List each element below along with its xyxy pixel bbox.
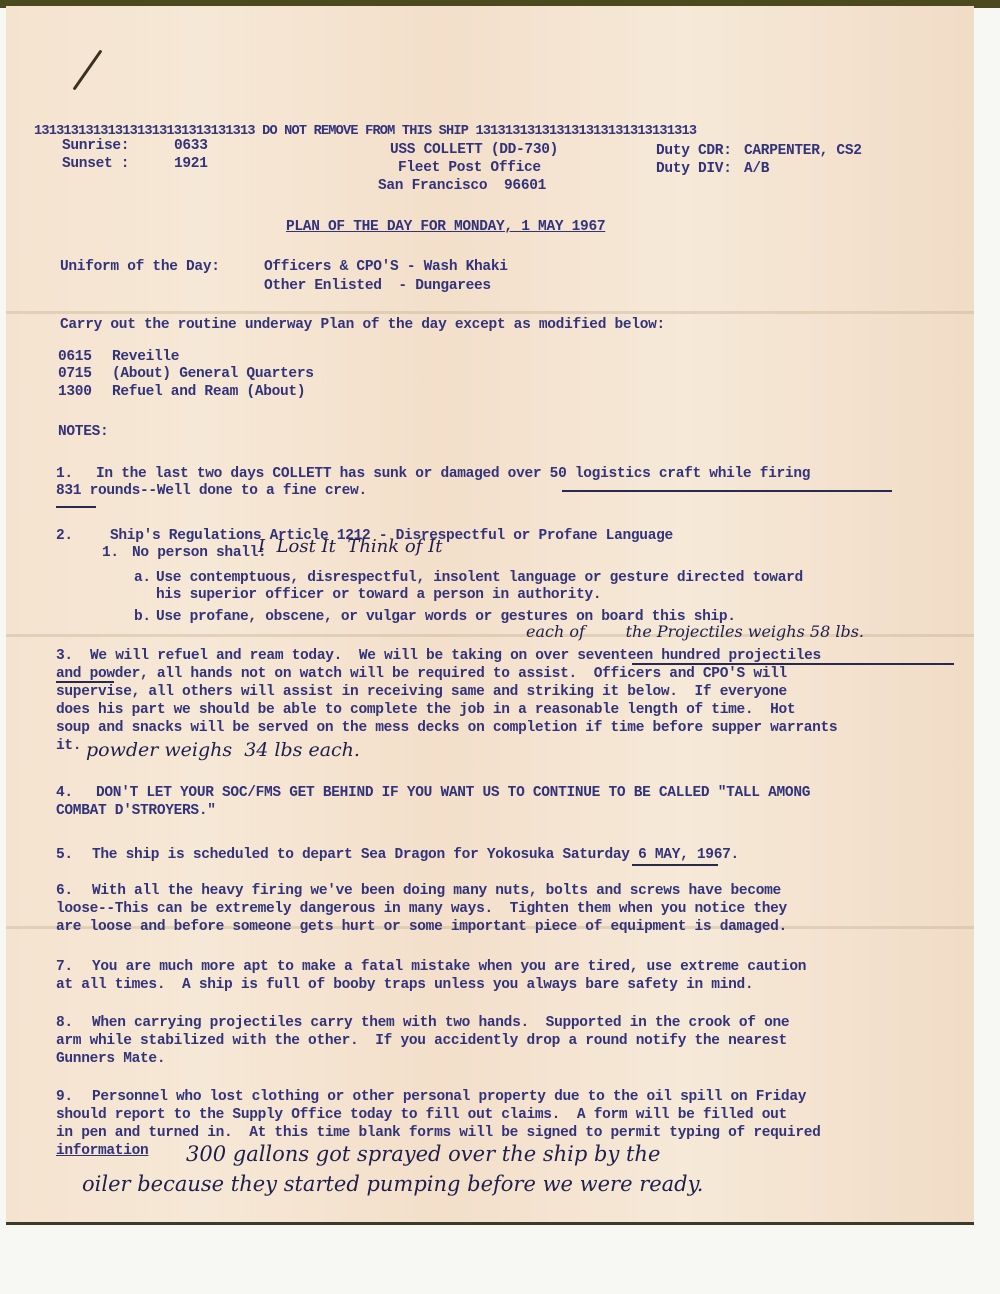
note-line: In the last two days COLLETT has sunk or… [96, 466, 810, 483]
schedule-time: 1300 [58, 384, 92, 401]
handwritten-note: oiler because they started pumping befor… [82, 1172, 703, 1196]
notes-label: NOTES: [58, 424, 108, 441]
underline [632, 864, 718, 866]
note-line: supervise, all others will assist in rec… [56, 684, 787, 701]
note-number: 8. [56, 1015, 73, 1032]
note-line: in pen and turned in. At this time blank… [56, 1125, 821, 1142]
sunset-label: Sunset : [62, 156, 129, 173]
schedule-time: 0615 [58, 349, 92, 366]
underline [56, 506, 96, 508]
sunrise-value: 0633 [174, 138, 208, 155]
pen-mark [73, 49, 103, 90]
note-line: it. [56, 738, 81, 755]
sunset-value: 1921 [174, 156, 208, 173]
duty-cdr-label: Duty CDR: [656, 143, 732, 160]
duty-cdr-value: CARPENTER, CS2 [744, 143, 862, 160]
note-line: loose--This can be extremely dangerous i… [56, 901, 787, 918]
underline [632, 663, 954, 665]
note-line: Gunners Mate. [56, 1051, 165, 1068]
note-number: 3. [56, 648, 73, 665]
note-line: DON'T LET YOUR SOC/FMS GET BEHIND IF YOU… [96, 785, 810, 802]
uniform-label: Uniform of the Day: [60, 259, 220, 276]
note-line: soup and snacks will be served on the me… [56, 720, 837, 737]
note-number: 2. [56, 528, 73, 545]
note-line: are loose and before someone gets hurt o… [56, 919, 787, 936]
item-line: his superior officer or toward a person … [156, 587, 601, 604]
uniform-officers: Officers & CPO'S - Wash Khaki [264, 259, 508, 276]
note-number: 5. [56, 847, 73, 864]
note-line: You are much more apt to make a fatal mi… [92, 959, 806, 976]
sunrise-label: Sunrise: [62, 138, 129, 155]
intro-text: Carry out the routine underway Plan of t… [60, 317, 665, 334]
duty-div-value: A/B [744, 161, 769, 178]
note-line: With all the heavy firing we've been doi… [92, 883, 781, 900]
note-number: 4. [56, 785, 73, 802]
schedule-event: Refuel and Ream (About) [112, 384, 305, 401]
note-line: information [56, 1143, 148, 1160]
document-page: 131313131313131313131313131313 DO NOT RE… [6, 6, 974, 1222]
note-number: 6. [56, 883, 73, 900]
schedule-event: (About) General Quarters [112, 366, 314, 383]
document-title: PLAN OF THE DAY FOR MONDAY, 1 MAY 1967 [286, 219, 605, 236]
subsection-text: No person shall: [132, 545, 266, 562]
note-line: arm while stabilized with the other. If … [56, 1033, 787, 1050]
subsection-number: 1. [102, 545, 119, 562]
note-line: 831 rounds--Well done to a fine crew. [56, 483, 367, 500]
schedule-time: 0715 [58, 366, 92, 383]
note-number: 1. [56, 466, 73, 483]
underline [562, 490, 892, 492]
note-line: does his part we should be able to compl… [56, 702, 795, 719]
note-line: The ship is scheduled to depart Sea Drag… [92, 847, 739, 864]
note-number: 9. [56, 1089, 73, 1106]
note-line: should report to the Supply Office today… [56, 1107, 787, 1124]
underline [56, 681, 114, 683]
note-number: 7. [56, 959, 73, 976]
item-letter: a. [134, 570, 151, 587]
note-line: COMBAT D'STROYERS." [56, 803, 216, 820]
handwritten-note: I Lost It Think of It [258, 536, 442, 557]
item-letter: b. [134, 609, 151, 626]
note-line: Personnel who lost clothing or other per… [92, 1089, 806, 1106]
security-banner: 131313131313131313131313131313 DO NOT RE… [34, 123, 696, 140]
handwritten-note: powder weighs 34 lbs each. [86, 739, 360, 761]
schedule-event: Reveille [112, 349, 179, 366]
note-line: and powder, all hands not on watch will … [56, 666, 787, 683]
duty-div-label: Duty DIV: [656, 161, 732, 178]
fold-line [6, 311, 974, 314]
city: San Francisco 96601 [378, 178, 546, 195]
handwritten-note: each of the Projectiles weighs 58 lbs. [526, 622, 864, 641]
item-line: Use contemptuous, disrespectful, insolen… [156, 570, 803, 587]
handwritten-note: 300 gallons got sprayed over the ship by… [186, 1142, 660, 1166]
note-line: When carrying projectiles carry them wit… [92, 1015, 789, 1032]
uniform-enlisted: Other Enlisted - Dungarees [264, 278, 491, 295]
note-line: at all times. A ship is full of booby tr… [56, 977, 753, 994]
ship-name: USS COLLETT (DD-730) [390, 142, 558, 159]
post-office: Fleet Post Office [398, 160, 541, 177]
